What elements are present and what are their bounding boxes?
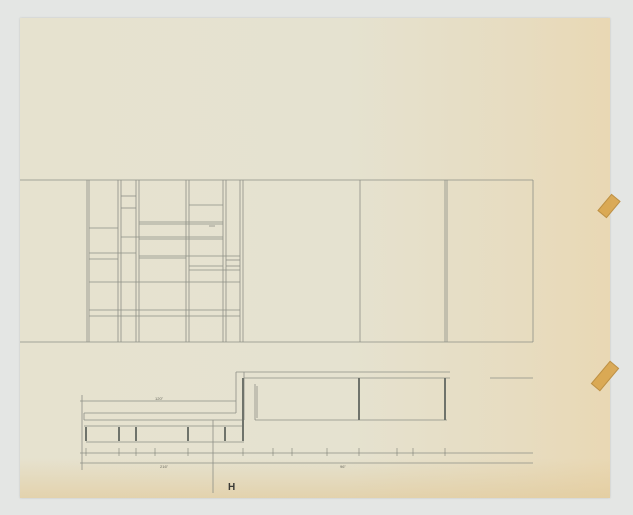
dimension-lower-right: 96" — [340, 464, 346, 469]
section-marker-label: H — [228, 482, 235, 493]
architectural-drawing — [0, 0, 633, 515]
dimension-upper: 120" — [155, 396, 163, 401]
dimension-lower-left: 216" — [160, 464, 168, 469]
